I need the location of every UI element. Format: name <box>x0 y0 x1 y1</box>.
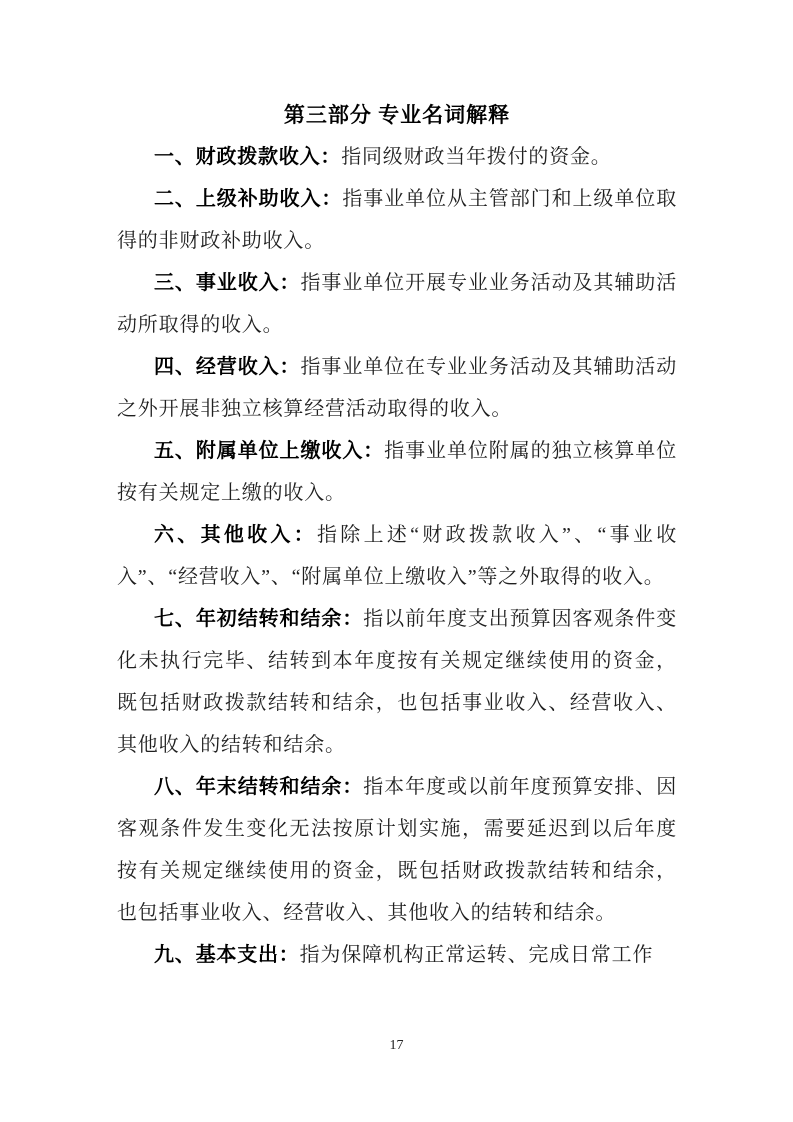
page-number: 17 <box>0 1038 793 1054</box>
term-definition: 指以前年度支出预算因客观条件变化未执行完毕、结转到本年度按有关规定继续使用的资金… <box>117 608 677 756</box>
definition-item-5: 五、附属单位上缴收入：指事业单位附属的独立核算单位按有关规定上缴的收入。 <box>117 430 677 514</box>
definition-item-3: 三、事业收入：指事业单位开展专业业务活动及其辅助活动所取得的收入。 <box>117 262 677 346</box>
term-definition: 指为保障机构正常运转、完成日常工作 <box>300 944 654 966</box>
term-label: 五、附属单位上缴收入： <box>154 440 384 462</box>
definition-item-1: 一、财政拨款收入：指同级财政当年拨付的资金。 <box>117 136 677 178</box>
term-label: 三、事业收入： <box>154 272 300 294</box>
term-label: 七、年初结转和结余： <box>154 608 363 630</box>
term-definition: 指同级财政当年拨付的资金。 <box>341 146 611 168</box>
term-label: 八、年末结转和结余： <box>154 776 363 798</box>
definition-item-2: 二、上级补助收入：指事业单位从主管部门和上级单位取得的非财政补助收入。 <box>117 178 677 262</box>
definition-item-9: 九、基本支出：指为保障机构正常运转、完成日常工作 <box>117 934 677 976</box>
page-title: 第三部分 专业名词解释 <box>117 94 677 136</box>
document-content: 第三部分 专业名词解释 一、财政拨款收入：指同级财政当年拨付的资金。 二、上级补… <box>117 0 677 976</box>
term-label: 九、基本支出： <box>154 944 300 966</box>
definition-item-7: 七、年初结转和结余：指以前年度支出预算因客观条件变化未执行完毕、结转到本年度按有… <box>117 598 677 766</box>
definition-item-4: 四、经营收入：指事业单位在专业业务活动及其辅助活动之外开展非独立核算经营活动取得… <box>117 346 677 430</box>
term-label: 六、其他收入： <box>154 524 317 546</box>
term-label: 二、上级补助收入： <box>154 188 342 210</box>
definition-item-8: 八、年末结转和结余：指本年度或以前年度预算安排、因客观条件发生变化无法按原计划实… <box>117 766 677 934</box>
term-definition: 指本年度或以前年度预算安排、因客观条件发生变化无法按原计划实施，需要延迟到以后年… <box>117 776 677 924</box>
term-label: 一、财政拨款收入： <box>154 146 341 168</box>
term-label: 四、经营收入： <box>154 356 300 378</box>
document-page: 第三部分 专业名词解释 一、财政拨款收入：指同级财政当年拨付的资金。 二、上级补… <box>0 0 793 1122</box>
definition-item-6: 六、其他收入：指除上述“财政拨款收入”、“事业收入”、“经营收入”、“附属单位上… <box>117 514 677 598</box>
